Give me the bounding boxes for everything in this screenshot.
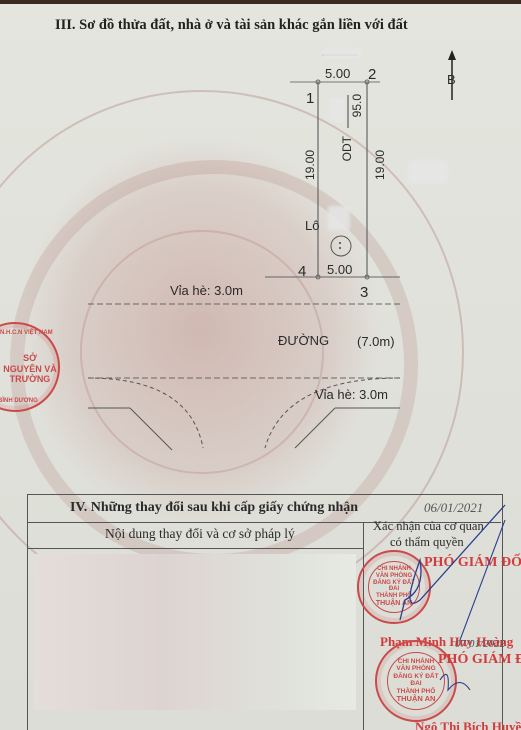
plot-diagram [0, 0, 521, 500]
entry-1-stamp: CHI NHÁNH VĂN PHÒNG ĐĂNG KÝ ĐẤT ĐAI THÀN… [357, 550, 431, 624]
handwritten-date-2: 07/01/2022 [455, 638, 505, 650]
entry-2-signer: Ngô Thị Bích Huyền [415, 719, 521, 730]
stamp-line: NGUYÊN VÀ [3, 364, 57, 375]
road-width-label: (7.0m) [357, 334, 395, 349]
entry-2-title: PHÓ GIÁM ĐỐC [438, 652, 521, 668]
corner-3-label: 3 [360, 284, 368, 301]
stamp-line: ĐĂNG KÝ ĐẤT ĐAI [388, 673, 444, 688]
row-divider [27, 548, 363, 549]
stamp-line: THUẬN AN [376, 600, 412, 608]
stamp-line: ĐĂNG KÝ ĐẤT ĐAI [369, 580, 419, 594]
stamp-bottom-text: BÌNH DƯƠNG [0, 398, 38, 404]
top-width-label: 5.00 [325, 66, 350, 81]
confirm-column-header-line1: Xác nhận của cơ quan [373, 519, 484, 534]
entry-1-title: PHÓ GIÁM ĐỐC [424, 555, 521, 571]
sidewalk-bottom-label: Vỉa hè: 3.0m [315, 387, 388, 402]
stamp-ring-text: N.H.C.N VIỆT NAM [0, 330, 53, 336]
north-label: B [447, 72, 456, 87]
redacted-change-content [34, 554, 356, 710]
lot-label: Lô [305, 218, 319, 233]
corner-1-label: 1 [306, 90, 314, 107]
corner-2-label: 2 [368, 66, 376, 83]
confirm-column-header-line2: có thẩm quyền [390, 535, 464, 550]
right-length-label: 19.00 [373, 150, 387, 180]
bottom-width-label: 5.00 [327, 262, 352, 277]
content-column-header: Nội dung thay đổi và cơ sở pháp lý [105, 526, 295, 542]
sidewalk-top-label: Vỉa hè: 3.0m [170, 283, 243, 298]
stamp-line: TRƯỜNG [3, 374, 57, 385]
corner-4-label: 4 [298, 263, 306, 280]
column-divider [363, 523, 364, 730]
stamp-line: VĂN PHÒNG [396, 665, 435, 672]
land-use-code-label: ODT [340, 136, 354, 161]
stamp-line: THUẬN AN [397, 695, 436, 704]
redacted-mark [322, 48, 362, 58]
left-length-label: 19.00 [303, 150, 317, 180]
redacted-lot-number [328, 206, 350, 230]
redacted-neighbor-label [408, 160, 448, 184]
handwritten-date-1: 06/01/2021 [424, 500, 483, 516]
stamp-line: SỞ [3, 353, 57, 364]
stamp-line: CHI NHÁNH [377, 566, 411, 573]
redacted-plot-number [329, 98, 345, 122]
certificate-page: III. Sơ đồ thửa đất, nhà ở và tài sản kh… [0, 0, 521, 730]
area-label: 95.0 [350, 94, 364, 117]
road-name-label: ĐƯỜNG [278, 333, 329, 348]
stamp-line: VĂN PHÒNG [376, 573, 412, 580]
